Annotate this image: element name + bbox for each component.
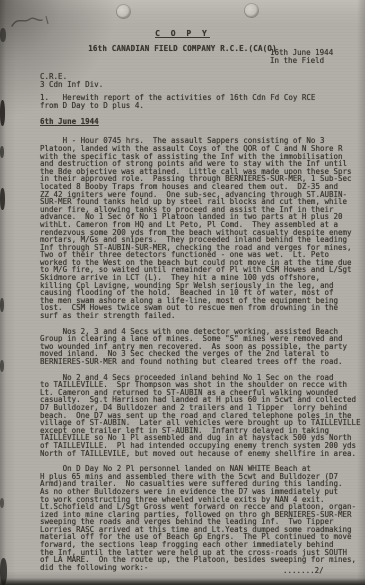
document-body: C.R.E. 3 Cdn Inf Div. 1. Herewith report… — [40, 73, 362, 571]
punch-hole-right — [245, 4, 258, 17]
report-paragraph-2: Nos 2, 3 and 4 Secs with one detector wo… — [40, 328, 362, 366]
page-continuation-ref: .......2/ — [283, 567, 324, 575]
handwritten-mark — [8, 10, 60, 36]
scan-artifact — [0, 28, 6, 42]
punch-hole-left — [117, 5, 130, 18]
addressee: C.R.E. 3 Cdn Inf Div. — [40, 73, 362, 88]
report-paragraph-3: No 2 and 4 Secs proceeded inland behind … — [40, 374, 362, 458]
entry-date-heading: 6th June 1944 — [40, 118, 99, 126]
scan-artifact — [0, 100, 5, 126]
scan-artifact — [0, 188, 5, 210]
dateline: 16th June 1944 In the Field — [270, 49, 333, 64]
intro-paragraph: 1. Herewith report of the activities of … — [40, 94, 362, 109]
report-paragraph-4: On D Day No 2 Pl personnel landed on NAN… — [40, 465, 362, 571]
scan-artifact — [0, 146, 4, 158]
scan-edge-shadow — [0, 578, 365, 585]
copy-heading: C O P Y — [155, 29, 210, 38]
scan-artifact — [0, 298, 4, 312]
scanned-document-page: C O P Y 16th CANADIAN FIELD COMPANY R.C.… — [0, 0, 365, 585]
scan-artifact — [0, 498, 4, 508]
report-paragraph-1: H - Hour 0745 hrs. The assault Sappers c… — [40, 137, 362, 319]
scan-artifact — [0, 360, 4, 372]
